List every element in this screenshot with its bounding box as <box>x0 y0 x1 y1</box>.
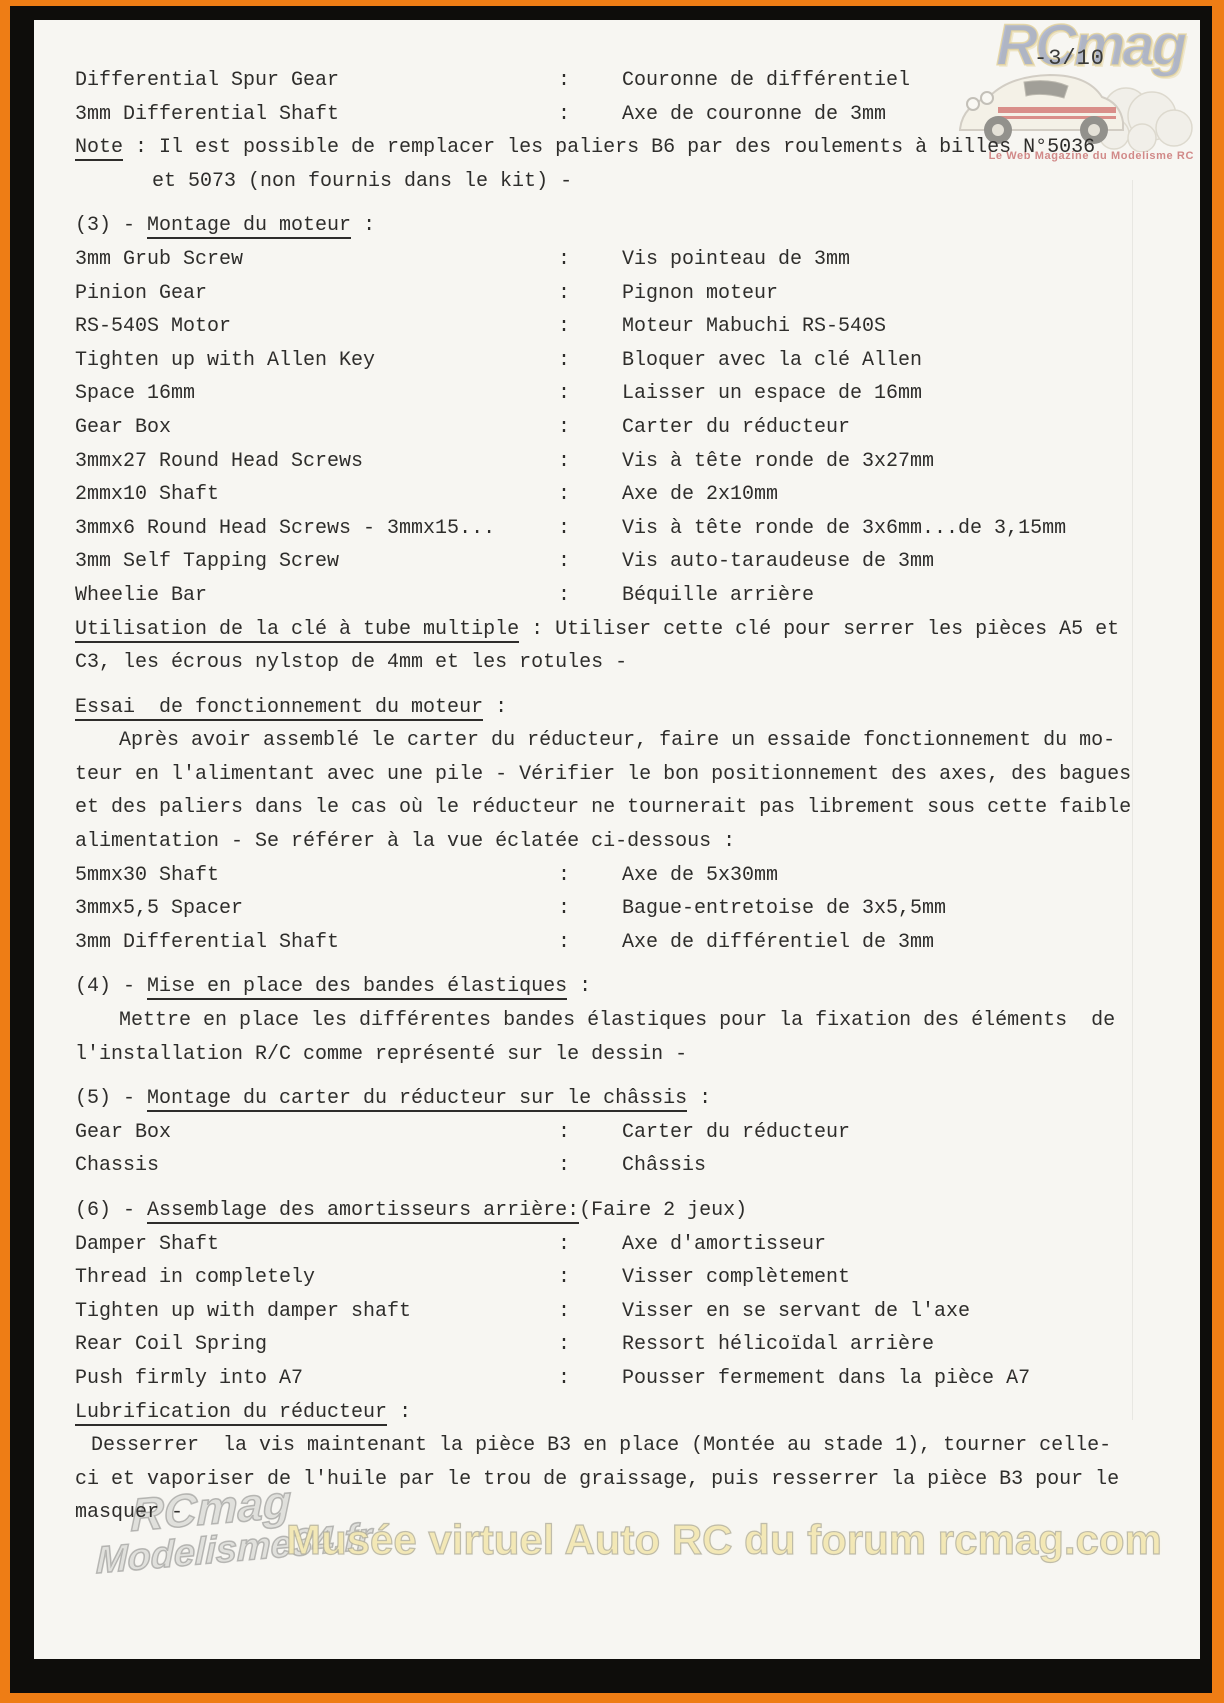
colon-separator: : <box>558 1228 622 1262</box>
glossary-row: Differential Spur Gear:Couronne de diffé… <box>75 64 1182 98</box>
usage-note-title: Utilisation de la clé à tube multiple <box>75 618 519 643</box>
colon-separator: : <box>558 98 622 132</box>
term-french: Axe d'amortisseur <box>622 1228 826 1262</box>
colon-separator: : <box>558 545 622 579</box>
colon-separator: : <box>558 64 622 98</box>
term-french: Axe de différentiel de 3mm <box>622 926 934 960</box>
glossary-row: 3mmx27 Round Head Screws:Vis à tête rond… <box>75 445 1182 479</box>
glossary-row: Chassis:Châssis <box>75 1149 1182 1183</box>
essai-title: Essai de fonctionnement du moteur <box>75 696 483 721</box>
term-french: Bloquer avec la clé Allen <box>622 344 922 378</box>
glossary-row: Push firmly into A7:Pousser fermement da… <box>75 1362 1182 1396</box>
page-content: Differential Spur Gear:Couronne de diffé… <box>75 64 1182 1530</box>
scan-orange-border: RCmag Le Web Magazine du <box>0 0 1224 1703</box>
colon-separator: : <box>558 1295 622 1329</box>
term-english: Space 16mm <box>75 377 558 411</box>
colon-separator: : <box>558 1328 622 1362</box>
term-french: Pousser fermement dans la pièce A7 <box>622 1362 1030 1396</box>
colon-separator: : <box>558 1261 622 1295</box>
glossary-row: 3mm Differential Shaft:Axe de couronne d… <box>75 98 1182 132</box>
term-french: Châssis <box>622 1149 706 1183</box>
colon-separator: : <box>558 1149 622 1183</box>
colon-separator: : <box>558 344 622 378</box>
section-4-number: (4) - <box>75 975 147 998</box>
section-3-colon: : <box>351 214 375 237</box>
term-english: Push firmly into A7 <box>75 1362 558 1396</box>
term-english: Gear Box <box>75 411 558 445</box>
glossary-row: RS-540S Motor:Moteur Mabuchi RS-540S <box>75 310 1182 344</box>
section-5-title: Montage du carter du réducteur sur le ch… <box>147 1087 687 1112</box>
term-french: Moteur Mabuchi RS-540S <box>622 310 886 344</box>
term-french: Béquille arrière <box>622 579 814 613</box>
colon-separator: : <box>558 512 622 546</box>
colon-separator: : <box>558 243 622 277</box>
section-3-heading: (3) - Montage du moteur : <box>75 209 1182 243</box>
note-label: Note <box>75 136 123 161</box>
term-french: Vis auto-taraudeuse de 3mm <box>622 545 934 579</box>
paragraph-line: ci et vaporiser de l'huile par le trou d… <box>75 1463 1182 1497</box>
term-english: Rear Coil Spring <box>75 1328 558 1362</box>
term-english: 3mm Differential Shaft <box>75 926 558 960</box>
glossary-row: 3mmx5,5 Spacer:Bague-entretoise de 3x5,5… <box>75 892 1182 926</box>
term-english: 3mm Self Tapping Screw <box>75 545 558 579</box>
term-english: 3mmx27 Round Head Screws <box>75 445 558 479</box>
scan-black-frame: RCmag Le Web Magazine du <box>10 6 1212 1693</box>
term-english: 5mmx30 Shaft <box>75 859 558 893</box>
term-english: Tighten up with damper shaft <box>75 1295 558 1329</box>
term-french: Axe de 5x30mm <box>622 859 778 893</box>
term-french: Vis à tête ronde de 3x27mm <box>622 445 934 479</box>
usage-note-text: : Utiliser cette clé pour serrer les piè… <box>519 618 1119 641</box>
essai-heading: Essai de fonctionnement du moteur : <box>75 691 1182 725</box>
term-english: RS-540S Motor <box>75 310 558 344</box>
term-english: 3mm Grub Screw <box>75 243 558 277</box>
colon-separator: : <box>558 1362 622 1396</box>
term-english: Differential Spur Gear <box>75 64 558 98</box>
term-english: Wheelie Bar <box>75 579 558 613</box>
term-french: Vis pointeau de 3mm <box>622 243 850 277</box>
term-english: Thread in completely <box>75 1261 558 1295</box>
section-4-paragraph: Mettre en place les différentes bandes é… <box>75 1004 1182 1071</box>
lubrification-heading: Lubrification du réducteur : <box>75 1396 1182 1430</box>
usage-note-line-1: Utilisation de la clé à tube multiple : … <box>75 613 1182 647</box>
glossary-essai: 5mmx30 Shaft:Axe de 5x30mm3mmx5,5 Spacer… <box>75 859 1182 960</box>
page-number: -3/10 <box>1034 46 1105 71</box>
glossary-row: 3mmx6 Round Head Screws - 3mmx15...:Vis … <box>75 512 1182 546</box>
section-6-heading: (6) - Assemblage des amortisseurs arrièr… <box>75 1194 1182 1228</box>
paragraph-line: masquer - <box>75 1496 1182 1530</box>
glossary-row: Damper Shaft:Axe d'amortisseur <box>75 1228 1182 1262</box>
section-4-heading: (4) - Mise en place des bandes élastique… <box>75 970 1182 1004</box>
glossary-row: Tighten up with Allen Key:Bloquer avec l… <box>75 344 1182 378</box>
glossary-row: 2mmx10 Shaft:Axe de 2x10mm <box>75 478 1182 512</box>
section-4-title: Mise en place des bandes élastiques <box>147 975 567 1000</box>
lubrification-title: Lubrification du réducteur <box>75 1401 387 1426</box>
term-french: Bague-entretoise de 3x5,5mm <box>622 892 946 926</box>
term-english: 3mm Differential Shaft <box>75 98 558 132</box>
lubrification-colon: : <box>387 1401 411 1424</box>
usage-note-line-2: C3, les écrous nylstop de 4mm et les rot… <box>75 646 1182 680</box>
paragraph-line: alimentation - Se référer à la vue éclat… <box>75 825 1182 859</box>
paragraph-line: Mettre en place les différentes bandes é… <box>75 1004 1182 1038</box>
term-french: Laisser un espace de 16mm <box>622 377 922 411</box>
section-5-number: (5) - <box>75 1087 147 1110</box>
lubrification-paragraph: Desserrer la vis maintenant la pièce B3 … <box>75 1429 1182 1530</box>
glossary-row: 5mmx30 Shaft:Axe de 5x30mm <box>75 859 1182 893</box>
paragraph-line: teur en l'alimentant avec une pile - Vér… <box>75 758 1182 792</box>
section-5-colon: : <box>687 1087 711 1110</box>
colon-separator: : <box>558 411 622 445</box>
essai-colon: : <box>483 696 507 719</box>
colon-separator: : <box>558 445 622 479</box>
term-french: Carter du réducteur <box>622 411 850 445</box>
glossary-row: Wheelie Bar:Béquille arrière <box>75 579 1182 613</box>
term-french: Carter du réducteur <box>622 1116 850 1150</box>
glossary-row: Tighten up with damper shaft:Visser en s… <box>75 1295 1182 1329</box>
term-french: Vis à tête ronde de 3x6mm...de 3,15mm <box>622 512 1066 546</box>
essai-paragraph: Après avoir assemblé le carter du réduct… <box>75 724 1182 858</box>
colon-separator: : <box>558 377 622 411</box>
term-french: Axe de couronne de 3mm <box>622 98 886 132</box>
term-french: Axe de 2x10mm <box>622 478 778 512</box>
paragraph-line: et des paliers dans le cas où le réducte… <box>75 791 1182 825</box>
colon-separator: : <box>558 277 622 311</box>
glossary-top: Differential Spur Gear:Couronne de diffé… <box>75 64 1182 131</box>
section-3-title: Montage du moteur <box>147 214 351 239</box>
glossary-row: 3mm Grub Screw:Vis pointeau de 3mm <box>75 243 1182 277</box>
term-english: Damper Shaft <box>75 1228 558 1262</box>
glossary-section-5: Gear Box:Carter du réducteurChassis:Châs… <box>75 1116 1182 1183</box>
section-6-suffix: (Faire 2 jeux) <box>579 1199 747 1222</box>
paragraph-line: Desserrer la vis maintenant la pièce B3 … <box>75 1429 1182 1463</box>
note-text: : Il est possible de remplacer les palie… <box>123 136 1095 159</box>
colon-separator: : <box>558 579 622 613</box>
glossary-row: Thread in completely:Visser complètement <box>75 1261 1182 1295</box>
glossary-section-6: Damper Shaft:Axe d'amortisseurThread in … <box>75 1228 1182 1396</box>
glossary-row: Gear Box:Carter du réducteur <box>75 1116 1182 1150</box>
term-english: Pinion Gear <box>75 277 558 311</box>
colon-separator: : <box>558 310 622 344</box>
term-french: Visser complètement <box>622 1261 850 1295</box>
glossary-row: 3mm Self Tapping Screw:Vis auto-taraudeu… <box>75 545 1182 579</box>
glossary-row: Space 16mm:Laisser un espace de 16mm <box>75 377 1182 411</box>
glossary-section-3: 3mm Grub Screw:Vis pointeau de 3mmPinion… <box>75 243 1182 613</box>
colon-separator: : <box>558 892 622 926</box>
glossary-row: Pinion Gear:Pignon moteur <box>75 277 1182 311</box>
term-english: Gear Box <box>75 1116 558 1150</box>
term-french: Couronne de différentiel <box>622 64 910 98</box>
paragraph-line: l'installation R/C comme représenté sur … <box>75 1038 1182 1072</box>
note-line-2: et 5073 (non fournis dans le kit) - <box>75 165 1182 199</box>
term-english: 3mmx6 Round Head Screws - 3mmx15... <box>75 512 558 546</box>
paragraph-line: Après avoir assemblé le carter du réduct… <box>75 724 1182 758</box>
glossary-row: Rear Coil Spring:Ressort hélicoïdal arri… <box>75 1328 1182 1362</box>
note-line-1: Note : Il est possible de remplacer les … <box>75 131 1182 165</box>
term-french: Visser en se servant de l'axe <box>622 1295 970 1329</box>
term-english: Tighten up with Allen Key <box>75 344 558 378</box>
glossary-row: Gear Box:Carter du réducteur <box>75 411 1182 445</box>
term-french: Ressort hélicoïdal arrière <box>622 1328 934 1362</box>
glossary-row: 3mm Differential Shaft:Axe de différenti… <box>75 926 1182 960</box>
section-5-heading: (5) - Montage du carter du réducteur sur… <box>75 1082 1182 1116</box>
colon-separator: : <box>558 478 622 512</box>
colon-separator: : <box>558 1116 622 1150</box>
term-english: 2mmx10 Shaft <box>75 478 558 512</box>
section-4-colon: : <box>567 975 591 998</box>
term-french: Pignon moteur <box>622 277 778 311</box>
colon-separator: : <box>558 859 622 893</box>
section-6-title: Assemblage des amortisseurs arrière: <box>147 1199 579 1224</box>
section-6-number: (6) - <box>75 1199 147 1222</box>
section-3-number: (3) - <box>75 214 147 237</box>
colon-separator: : <box>558 926 622 960</box>
term-english: Chassis <box>75 1149 558 1183</box>
document-page: RCmag Le Web Magazine du <box>34 20 1200 1659</box>
term-english: 3mmx5,5 Spacer <box>75 892 558 926</box>
